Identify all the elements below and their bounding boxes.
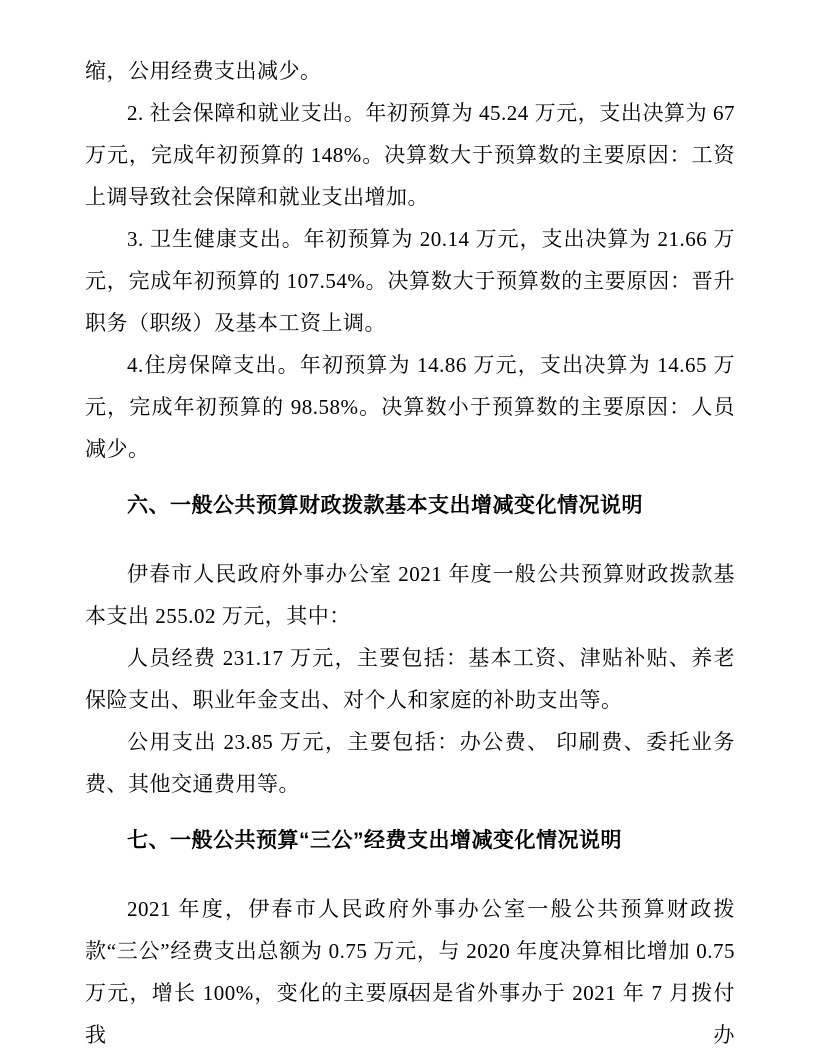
paragraph-social-security-employment: 2. 社会保障和就业支出。年初预算为 45.24 万元，支出决算为 67 万元，…: [85, 92, 735, 218]
paragraph-three-public-expenses: 2021 年度，伊春市人民政府外事办公室一般公共预算财政拨款“三公”经费支出总额…: [85, 888, 735, 1055]
paragraph-housing-security: 4.住房保障支出。年初预算为 14.86 万元，支出决算为 14.65 万元，完…: [85, 344, 735, 470]
paragraph-continuation-public-expense: 缩，公用经费支出减少。: [85, 50, 735, 92]
paragraph-basic-expenditure-total: 伊春市人民政府外事办公室 2021 年度一般公共预算财政拨款基本支出 255.0…: [85, 553, 735, 637]
paragraph-personnel-funds: 人员经费 231.17 万元，主要包括：基本工资、津贴补贴、养老保险支出、职业年…: [85, 637, 735, 721]
section-heading-seven-three-public-expenses: 七、一般公共预算“三公”经费支出增减变化情况说明: [85, 820, 735, 862]
section-heading-six-basic-expenditure: 六、一般公共预算财政拨款基本支出增减变化情况说明: [85, 485, 735, 527]
paragraph-public-funds: 公用支出 23.85 万元，主要包括：办公费、 印刷费、委托业务费、其他交通费用…: [85, 721, 735, 805]
document-page: 缩，公用经费支出减少。 2. 社会保障和就业支出。年初预算为 45.24 万元，…: [0, 0, 815, 1055]
page-content: 缩，公用经费支出减少。 2. 社会保障和就业支出。年初预算为 45.24 万元，…: [85, 50, 735, 1055]
page-number: 14: [0, 984, 815, 1004]
paragraph-health: 3. 卫生健康支出。年初预算为 20.14 万元，支出决算为 21.66 万元，…: [85, 218, 735, 344]
